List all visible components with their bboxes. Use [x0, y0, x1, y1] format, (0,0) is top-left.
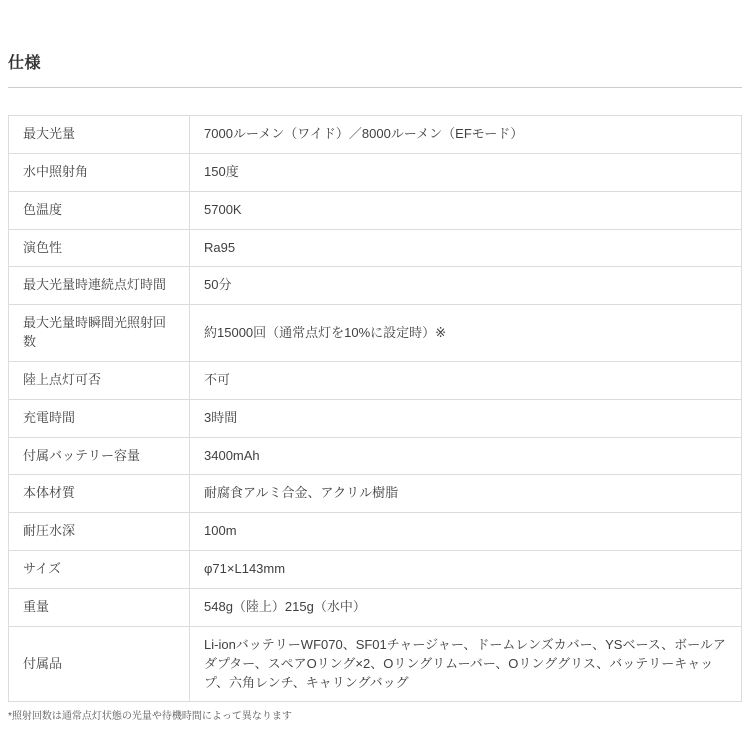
spec-value: 150度 — [190, 153, 742, 191]
table-row: 陸上点灯可否不可 — [9, 361, 742, 399]
table-row: 付属バッテリー容量3400mAh — [9, 437, 742, 475]
spec-label: 演色性 — [9, 229, 190, 267]
spec-value: Ra95 — [190, 229, 742, 267]
spec-label: 色温度 — [9, 191, 190, 229]
spec-section: 仕様 最大光量7000ルーメン（ワイド）／8000ルーメン（EFモード）水中照射… — [0, 0, 750, 724]
spec-label: 耐圧水深 — [9, 513, 190, 551]
spec-label: 付属バッテリー容量 — [9, 437, 190, 475]
table-row: 水中照射角150度 — [9, 153, 742, 191]
spec-label: 本体材質 — [9, 475, 190, 513]
spec-value: 548g（陸上）215g（水中） — [190, 588, 742, 626]
spec-value: 3時間 — [190, 399, 742, 437]
spec-value: 7000ルーメン（ワイド）／8000ルーメン（EFモード） — [190, 116, 742, 154]
spec-label: 最大光量時連続点灯時間 — [9, 267, 190, 305]
spec-value: φ71×L143mm — [190, 551, 742, 589]
spec-value: 50分 — [190, 267, 742, 305]
spec-label: サイズ — [9, 551, 190, 589]
spec-label: 重量 — [9, 588, 190, 626]
spec-label: 最大光量 — [9, 116, 190, 154]
spec-table: 最大光量7000ルーメン（ワイド）／8000ルーメン（EFモード）水中照射角15… — [8, 115, 742, 702]
table-row: 付属品Li-ionバッテリーWF070、SF01チャージャー、ドームレンズカバー… — [9, 626, 742, 702]
spec-label: 付属品 — [9, 626, 190, 702]
table-row: サイズφ71×L143mm — [9, 551, 742, 589]
spec-value: 5700K — [190, 191, 742, 229]
spec-value: 3400mAh — [190, 437, 742, 475]
table-row: 本体材質耐腐食アルミ合金、アクリル樹脂 — [9, 475, 742, 513]
spec-value: 不可 — [190, 361, 742, 399]
page-title: 仕様 — [8, 50, 742, 73]
table-row: 演色性Ra95 — [9, 229, 742, 267]
table-row: 充電時間3時間 — [9, 399, 742, 437]
spec-label: 水中照射角 — [9, 153, 190, 191]
table-row: 色温度5700K — [9, 191, 742, 229]
table-row: 耐圧水深100m — [9, 513, 742, 551]
spec-label: 陸上点灯可否 — [9, 361, 190, 399]
spec-value: 耐腐食アルミ合金、アクリル樹脂 — [190, 475, 742, 513]
spec-value: Li-ionバッテリーWF070、SF01チャージャー、ドームレンズカバー、YS… — [190, 626, 742, 702]
spec-value: 約15000回（通常点灯を10%に設定時）※ — [190, 305, 742, 362]
spec-label: 充電時間 — [9, 399, 190, 437]
table-row: 最大光量7000ルーメン（ワイド）／8000ルーメン（EFモード） — [9, 116, 742, 154]
spec-label: 最大光量時瞬間光照射回数 — [9, 305, 190, 362]
title-divider — [8, 87, 742, 88]
table-row: 最大光量時瞬間光照射回数約15000回（通常点灯を10%に設定時）※ — [9, 305, 742, 362]
spec-table-body: 最大光量7000ルーメン（ワイド）／8000ルーメン（EFモード）水中照射角15… — [9, 116, 742, 702]
footnote: *照射回数は通常点灯状態の光量や待機時間によって異なります — [8, 710, 742, 724]
table-row: 最大光量時連続点灯時間50分 — [9, 267, 742, 305]
table-row: 重量548g（陸上）215g（水中） — [9, 588, 742, 626]
spec-value: 100m — [190, 513, 742, 551]
